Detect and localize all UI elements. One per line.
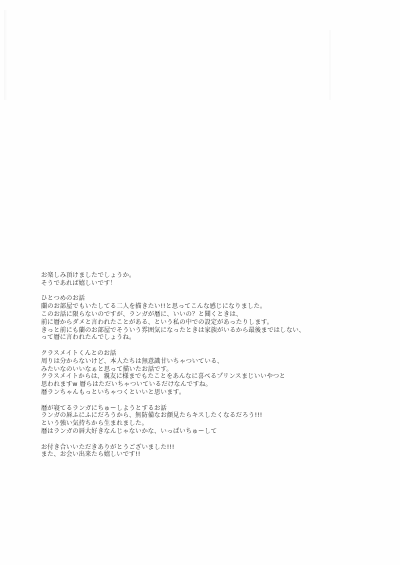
paragraph-story-3: 暦が寝てるランガにちゅーしようとするお話 ランガの唇ふにふにだろうから、無防備な…: [41, 405, 371, 436]
paragraph-closing: お付き合いいただきありがとうございました!!! また、お会い出来たら嬉しいです!…: [41, 444, 371, 460]
section-heading: クラスメイトくんとのお話: [41, 350, 371, 358]
scan-artifact: [329, 30, 331, 100]
text-line: このお話に限らないのですが、ランガが暦に、いいの？と聞くときは、: [41, 311, 371, 319]
paragraph-story-2: クラスメイトくんとのお話 周りは分からないけど、本人たちは無意識甘いちゃついてい…: [41, 350, 371, 397]
text-line: という強い気持ちから生まれました。: [41, 420, 371, 428]
text-line: って暦に言われたんでしょうね。: [41, 334, 371, 342]
text-line: お楽しみ頂けましたでしょうか。: [41, 272, 371, 280]
afterword-text: お楽しみ頂けましたでしょうか。 そうであれば嬉しいです！ ひとつめのお話 蘭のお…: [41, 272, 371, 459]
text-line: ランガの唇ふにふにだろうから、無防備なお顔見たらキスしたくなるだろう!!!: [41, 412, 371, 420]
text-line: 蘭のお部屋でもいたしてる二人を描きたい!!と思ってこんな感じになりました。: [41, 303, 371, 311]
paragraph-greeting: お楽しみ頂けましたでしょうか。 そうであれば嬉しいです！: [41, 272, 371, 288]
paragraph-story-1: ひとつめのお話 蘭のお部屋でもいたしてる二人を描きたい!!と思ってこんな感じにな…: [41, 295, 371, 342]
scan-artifact: [4, 10, 7, 100]
text-line: 暦はランガの唇大好きなんじゃないかな、いっぱいちゅーして: [41, 428, 371, 436]
text-line: そうであれば嬉しいです！: [41, 280, 371, 288]
text-line: 周りは分からないけど、本人たちは無意識甘いちゃついている、: [41, 358, 371, 366]
text-line: 前に暦からダメと言われたことがある、という私の中での設定があったりします。: [41, 319, 371, 327]
text-line: 思われますw 暦らはただいちゃついているだけなんですね。: [41, 381, 371, 389]
text-line: 暦ランちゃんもっといちゃつくといいと思います。: [41, 389, 371, 397]
text-line: クラスメイトからは、親友に様までもたことをあんなに喜べるプリンスまじいいやつと: [41, 373, 371, 381]
scanned-page: お楽しみ頂けましたでしょうか。 そうであれば嬉しいです！ ひとつめのお話 蘭のお…: [0, 0, 400, 565]
text-line: また、お会い出来たら嬉しいです!!: [41, 451, 371, 459]
